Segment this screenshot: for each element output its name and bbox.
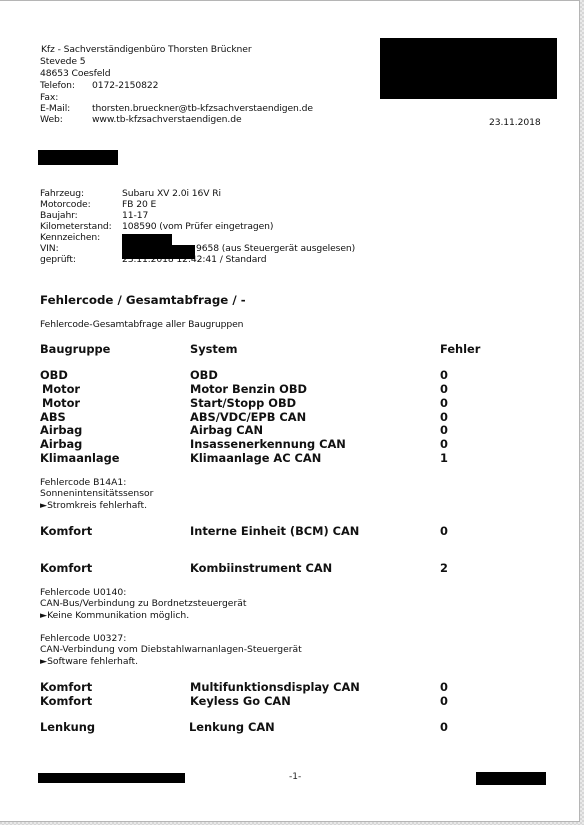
build-year-value: 11-17 xyxy=(122,210,148,221)
table-row: Motor Motor Benzin OBD 0 xyxy=(0,382,580,396)
build-year-row: Baujahr:11-17 xyxy=(40,210,148,222)
build-year-label: Baujahr: xyxy=(40,210,122,222)
table-row: Airbag Insassenerkennung CAN 0 xyxy=(0,437,580,451)
sender-email: E-Mail:thorsten.brueckner@tb-kfzsachvers… xyxy=(40,103,313,115)
row-errors: 0 xyxy=(440,524,448,538)
redacted-recipient xyxy=(38,150,118,165)
row-group: Komfort xyxy=(40,694,92,708)
row-errors: 0 xyxy=(440,680,448,694)
table-row: Komfort Multifunktionsdisplay CAN 0 xyxy=(0,680,580,694)
fault-note: Fehlercode B14A1: Sonnenintensitätssenso… xyxy=(40,477,153,511)
sender-company: Kfz - Sachverständigenbüro Thorsten Brüc… xyxy=(41,44,252,56)
vehicle-model-row: Fahrzeug:Subaru XV 2.0i 16V Ri xyxy=(40,188,221,200)
redacted-footer-right xyxy=(476,772,546,785)
license-plate-label: Kennzeichen: xyxy=(40,232,122,244)
table-row: Komfort Interne Einheit (BCM) CAN 0 xyxy=(0,524,580,538)
row-system: Motor Benzin OBD xyxy=(190,382,307,396)
page-number: -1- xyxy=(289,772,301,782)
vin-label: VIN: xyxy=(40,243,122,255)
row-system: Start/Stopp OBD xyxy=(190,396,296,410)
row-system: Insassenerkennung CAN xyxy=(190,437,346,451)
sender-city: 48653 Coesfeld xyxy=(40,68,111,80)
fault-detail: ►Stromkreis fehlerhaft. xyxy=(40,500,153,511)
table-row: ABS ABS/VDC/EPB CAN 0 xyxy=(0,410,580,424)
row-errors: 0 xyxy=(440,437,448,451)
row-errors: 0 xyxy=(440,382,448,396)
row-errors: 0 xyxy=(440,694,448,708)
row-group: Komfort xyxy=(40,524,92,538)
fault-detail: ►Keine Kommunikation möglich. xyxy=(40,610,246,621)
vehicle-label: Fahrzeug: xyxy=(40,188,122,200)
row-system: Airbag CAN xyxy=(190,423,263,437)
column-header-system: System xyxy=(190,342,237,356)
row-system: Kombiinstrument CAN xyxy=(190,561,332,575)
fault-code: Fehlercode U0327: xyxy=(40,633,302,644)
row-system: Klimaanlage AC CAN xyxy=(190,451,321,465)
row-errors: 1 xyxy=(440,451,448,465)
fault-code: Fehlercode B14A1: xyxy=(40,477,153,488)
row-group: Motor xyxy=(42,396,80,410)
fault-description: CAN-Verbindung vom Diebstahlwarnanlagen-… xyxy=(40,644,302,655)
phone-value: 0172-2150822 xyxy=(92,80,158,91)
document-page: Kfz - Sachverständigenbüro Thorsten Brüc… xyxy=(0,0,580,822)
vin-value: 9658 (aus Steuergerät ausgelesen) xyxy=(196,243,355,254)
table-row: Airbag Airbag CAN 0 xyxy=(0,423,580,437)
mileage-value: 108590 (vom Prüfer eingetragen) xyxy=(122,221,273,232)
row-errors: 0 xyxy=(440,396,448,410)
sender-web: Web:www.tb-kfzsachverstaendigen.de xyxy=(40,114,242,126)
row-group: Airbag xyxy=(40,423,82,437)
sender-phone: Telefon:0172-2150822 xyxy=(40,80,158,92)
vehicle-value: Subaru XV 2.0i 16V Ri xyxy=(122,188,221,199)
mileage-label: Kilometerstand: xyxy=(40,221,122,233)
fault-description: Sonnenintensitätssensor xyxy=(40,488,153,499)
engine-code-row: Motorcode:FB 20 E xyxy=(40,199,156,211)
engine-code-value: FB 20 E xyxy=(122,199,156,210)
fault-code: Fehlercode U0140: xyxy=(40,587,246,598)
fault-note: Fehlercode U0140: CAN-Bus/Verbindung zu … xyxy=(40,587,246,621)
vin-row: VIN:9658 (aus Steuergerät ausgelesen) xyxy=(40,243,355,255)
row-group: Komfort xyxy=(40,680,92,694)
mileage-row: Kilometerstand:108590 (vom Prüfer einget… xyxy=(40,221,273,233)
table-row: Klimaanlage Klimaanlage AC CAN 1 xyxy=(0,451,580,465)
row-errors: 2 xyxy=(440,561,448,575)
table-row: Komfort Kombiinstrument CAN 2 xyxy=(0,561,580,575)
fault-description: CAN-Bus/Verbindung zu Bordnetzsteuergerä… xyxy=(40,598,246,609)
row-group: Airbag xyxy=(40,437,82,451)
table-header: Baugruppe System Fehler xyxy=(0,342,580,356)
row-group: OBD xyxy=(40,368,68,382)
report-date: 23.11.2018 xyxy=(489,117,541,129)
row-group: Klimaanlage xyxy=(40,451,119,465)
row-system: OBD xyxy=(190,368,218,382)
fault-detail: ►Software fehlerhaft. xyxy=(40,656,302,667)
row-group: Motor xyxy=(42,382,80,396)
checked-label: geprüft: xyxy=(40,254,122,266)
table-row: Motor Start/Stopp OBD 0 xyxy=(0,396,580,410)
table-row: OBD OBD 0 xyxy=(0,368,580,382)
sender-fax: Fax: xyxy=(40,92,92,104)
license-plate-row: Kennzeichen: xyxy=(40,232,122,244)
table-row: Komfort Keyless Go CAN 0 xyxy=(0,694,580,708)
row-system: ABS/VDC/EPB CAN xyxy=(190,410,306,424)
column-header-errors: Fehler xyxy=(440,342,480,356)
phone-label: Telefon: xyxy=(40,80,92,92)
web-label: Web: xyxy=(40,114,92,126)
report-title: Fehlercode / Gesamtabfrage / - xyxy=(40,293,246,307)
row-group: Komfort xyxy=(40,561,92,575)
email-label: E-Mail: xyxy=(40,103,92,115)
row-system: Multifunktionsdisplay CAN xyxy=(190,680,360,694)
row-errors: 0 xyxy=(440,720,448,734)
row-system: Interne Einheit (BCM) CAN xyxy=(190,524,359,538)
column-header-group: Baugruppe xyxy=(40,342,110,356)
email-value: thorsten.brueckner@tb-kfzsachverstaendig… xyxy=(92,103,313,114)
redacted-logo xyxy=(380,38,557,99)
row-errors: 0 xyxy=(440,410,448,424)
row-system: Lenkung CAN xyxy=(189,720,275,734)
sender-street: Stevede 5 xyxy=(40,56,86,68)
row-group: Lenkung xyxy=(40,720,95,734)
redacted-vin xyxy=(122,245,195,259)
redacted-footer-left xyxy=(38,773,185,783)
row-errors: 0 xyxy=(440,368,448,382)
fault-note: Fehlercode U0327: CAN-Verbindung vom Die… xyxy=(40,633,302,667)
row-errors: 0 xyxy=(440,423,448,437)
engine-code-label: Motorcode: xyxy=(40,199,122,211)
web-value: www.tb-kfzsachverstaendigen.de xyxy=(92,114,242,125)
report-subtitle: Fehlercode-Gesamtabfrage aller Baugruppe… xyxy=(40,319,243,331)
fax-label: Fax: xyxy=(40,92,92,104)
row-group: ABS xyxy=(40,410,66,424)
row-system: Keyless Go CAN xyxy=(190,694,291,708)
table-row: Lenkung Lenkung CAN 0 xyxy=(0,720,580,734)
